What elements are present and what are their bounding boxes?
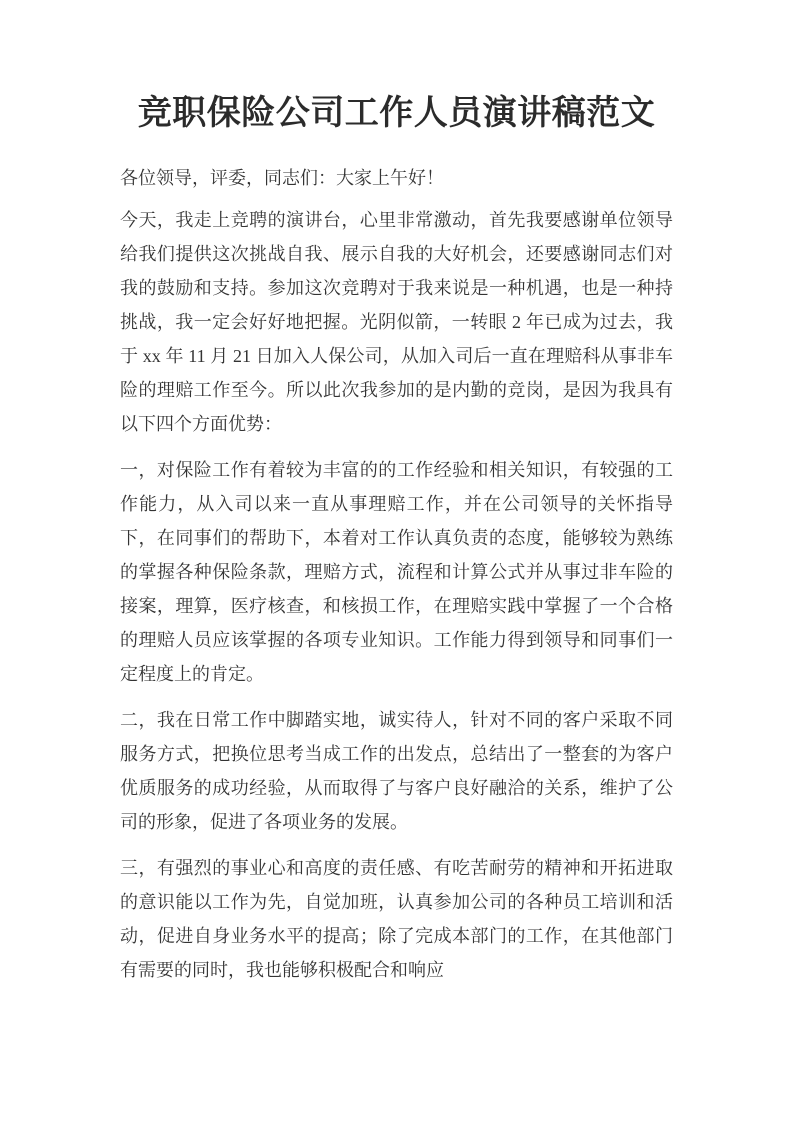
document-title: 竞职保险公司工作人员演讲稿范文: [120, 94, 673, 135]
paragraph-intro: 今天，我走上竞聘的演讲台，心里非常激动，首先我要感谢单位领导给我们提供这次挑战自…: [120, 203, 673, 441]
paragraph-advantage-three: 三，有强烈的事业心和高度的责任感、有吃苦耐劳的精神和开拓进取的意识能以工作为先，…: [120, 851, 673, 987]
paragraph-advantage-two: 二，我在日常工作中脚踏实地，诚实待人，针对不同的客户采取不同服务方式，把换位思考…: [120, 703, 673, 839]
document-page: 竞职保险公司工作人员演讲稿范文 各位领导，评委，同志们：大家上午好！ 今天，我走…: [0, 0, 793, 1122]
paragraph-advantage-one: 一，对保险工作有着较为丰富的的工作经验和相关知识，有较强的工作能力，从入司以来一…: [120, 453, 673, 691]
greeting-line: 各位领导，评委，同志们：大家上午好！: [120, 161, 673, 195]
